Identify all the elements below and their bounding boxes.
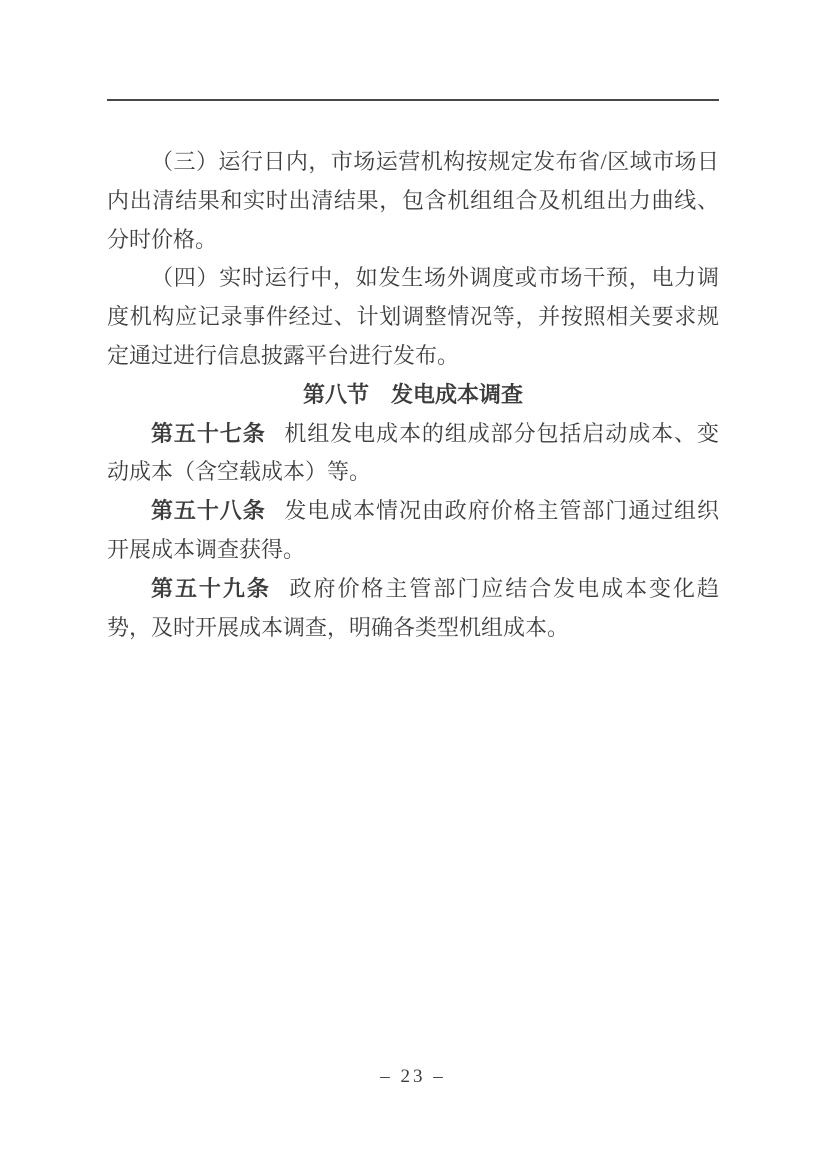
article-58-label: 第五十八条 (151, 498, 266, 523)
header-rule (107, 99, 719, 101)
section-8-heading: 第八节 发电成本调查 (107, 376, 719, 415)
document-body: （三）运行日内，市场运营机构按规定发布省/区域市场日内出清结果和实时出清结果，包… (107, 143, 719, 647)
article-57-label: 第五十七条 (151, 421, 266, 446)
article-58: 第五十八条发电成本情况由政府价格主管部门通过组织开展成本调查获得。 (107, 492, 719, 570)
page-footer: – 23 – (0, 1066, 826, 1088)
article-57: 第五十七条机组发电成本的组成部分包括启动成本、变动成本（含空载成本）等。 (107, 415, 719, 493)
clause-4-paragraph: （四）实时运行中，如发生场外调度或市场干预，电力调度机构应记录事件经过、计划调整… (107, 259, 719, 375)
article-59: 第五十九条政府价格主管部门应结合发电成本变化趋势，及时开展成本调查，明确各类型机… (107, 570, 719, 648)
clause-3-paragraph: （三）运行日内，市场运营机构按规定发布省/区域市场日内出清结果和实时出清结果，包… (107, 143, 719, 259)
document-page: （三）运行日内，市场运营机构按规定发布省/区域市场日内出清结果和实时出清结果，包… (0, 0, 826, 1169)
article-59-label: 第五十九条 (151, 576, 271, 601)
page-number: – 23 – (380, 1066, 446, 1087)
